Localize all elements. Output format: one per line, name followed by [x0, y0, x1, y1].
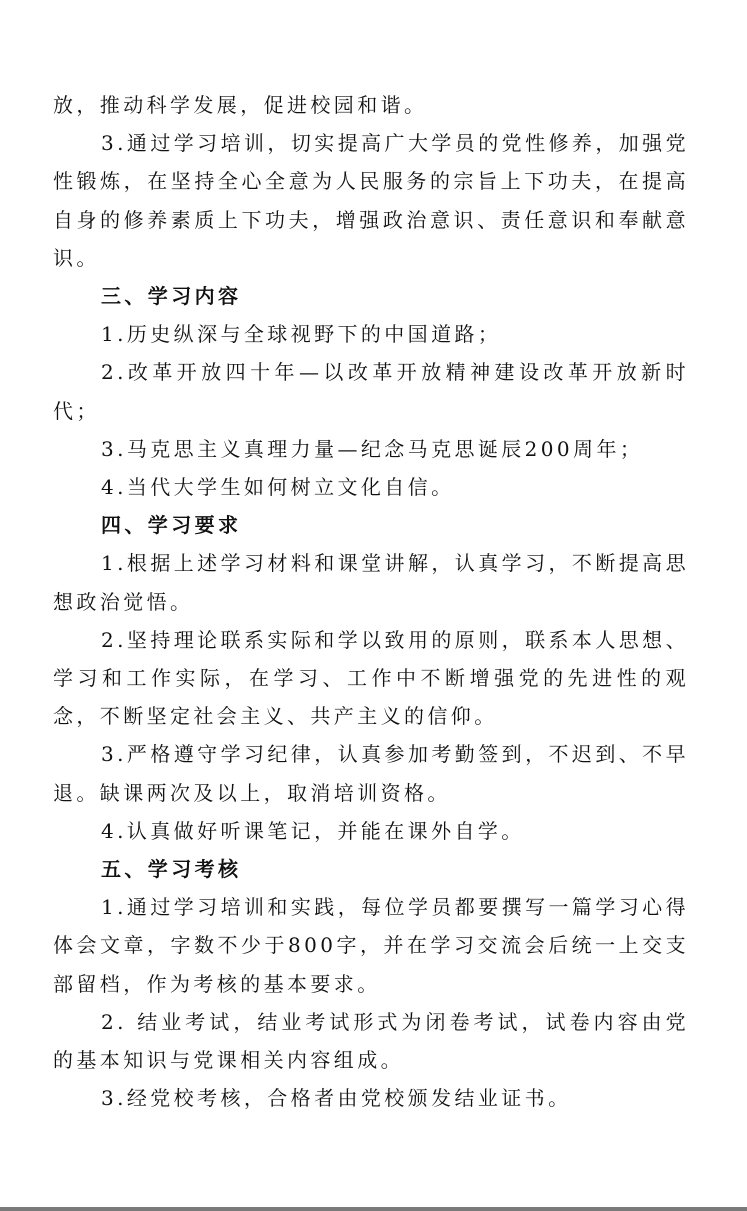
content-item-2: 2.改革开放四十年—以改革开放精神建设改革开放新时代； — [53, 353, 689, 429]
content-item-1: 1.历史纵深与全球视野下的中国道路； — [53, 315, 689, 353]
section-heading-requirements: 四、学习要求 — [53, 506, 689, 544]
requirement-item-1: 1.根据上述学习材料和课堂讲解，认真学习，不断提高思想政治觉悟。 — [53, 544, 689, 620]
assessment-item-3: 3.经党校考核，合格者由党校颁发结业证书。 — [53, 1079, 689, 1117]
page-bottom-divider — [0, 1207, 747, 1211]
requirement-item-2: 2.坚持理论联系实际和学以致用的原则，联系本人思想、学习和工作实际，在学习、工作… — [53, 621, 689, 736]
requirement-item-3: 3.严格遵守学习纪律，认真参加考勤签到，不迟到、不早退。缺课两次及以上，取消培训… — [53, 735, 689, 811]
paragraph-goal-3: 3.通过学习培训，切实提高广大学员的党性修养，加强党性锻炼，在坚持全心全意为人民… — [53, 124, 689, 277]
content-item-4: 4.当代大学生如何树立文化自信。 — [53, 468, 689, 506]
requirement-item-4: 4.认真做好听课笔记，并能在课外自学。 — [53, 812, 689, 850]
section-heading-assessment: 五、学习考核 — [53, 850, 689, 888]
paragraph-continuation: 放，推动科学发展，促进校园和谐。 — [53, 86, 689, 124]
section-heading-content: 三、学习内容 — [53, 277, 689, 315]
assessment-item-2: 2. 结业考试，结业考试形式为闭卷考试，试卷内容由党的基本知识与党课相关内容组成… — [53, 1003, 689, 1079]
document-page: 放，推动科学发展，促进校园和谐。 3.通过学习培训，切实提高广大学员的党性修养，… — [0, 0, 747, 1205]
document-body: 放，推动科学发展，促进校园和谐。 3.通过学习培训，切实提高广大学员的党性修养，… — [53, 86, 689, 1117]
assessment-item-1: 1.通过学习培训和实践，每位学员都要撰写一篇学习心得体会文章，字数不少于800字… — [53, 888, 689, 1003]
content-item-3: 3.马克思主义真理力量—纪念马克思诞辰200周年； — [53, 430, 689, 468]
